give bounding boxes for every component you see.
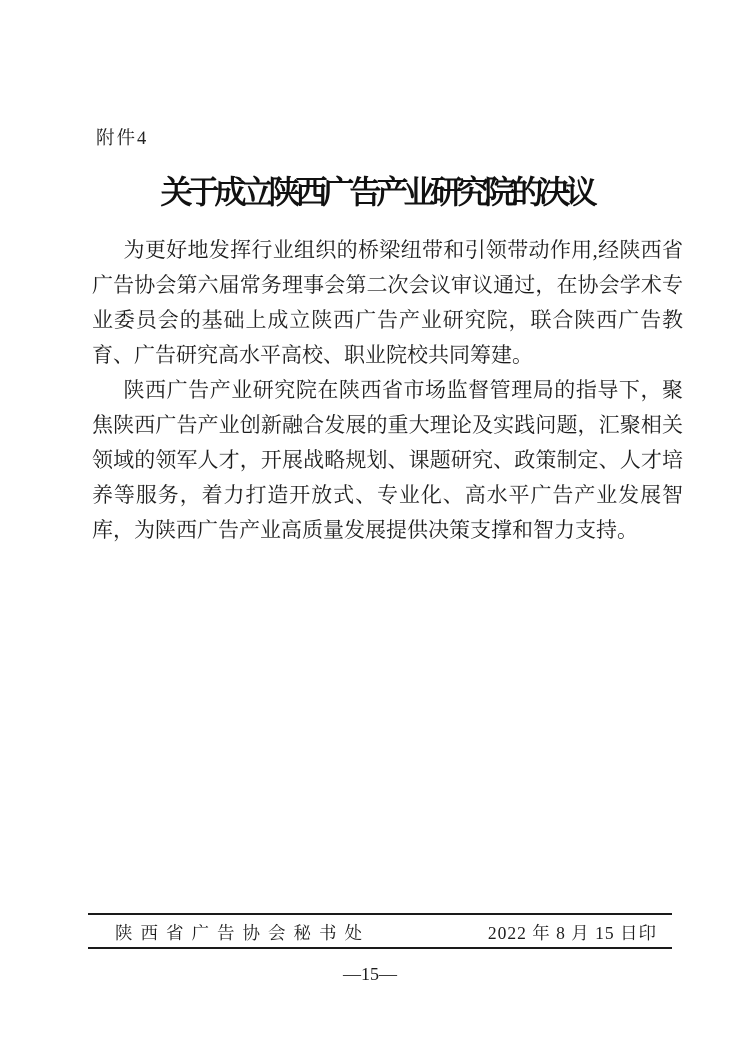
page-number: —15— (0, 962, 740, 986)
attachment-label: 附件4 (96, 127, 148, 151)
footer-print-date: 2022 年 8 月 15 日印 (488, 919, 657, 947)
document-title: 关于成立陕西广告产业研究院的决议 (0, 173, 753, 211)
document-page: 附件4 关于成立陕西广告产业研究院的决议 为更好地发挥行业组织的桥梁纽带和引领带… (0, 0, 753, 1063)
document-body: 为更好地发挥行业组织的桥梁纽带和引领带动作用,经陕西省广告协会第六届常务理事会第… (92, 233, 683, 548)
body-paragraph-2: 陕西广告产业研究院在陕西省市场监督管理局的指导下，聚焦陕西广告产业创新融合发展的… (92, 373, 683, 548)
footer-top-rule (88, 913, 672, 915)
body-paragraph-1: 为更好地发挥行业组织的桥梁纽带和引领带动作用,经陕西省广告协会第六届常务理事会第… (92, 233, 683, 373)
footer-issuer: 陕西省广告协会秘书处 (115, 919, 370, 947)
footer-bottom-rule (88, 947, 672, 949)
footer-row: 陕西省广告协会秘书处 2022 年 8 月 15 日印 (88, 919, 672, 947)
